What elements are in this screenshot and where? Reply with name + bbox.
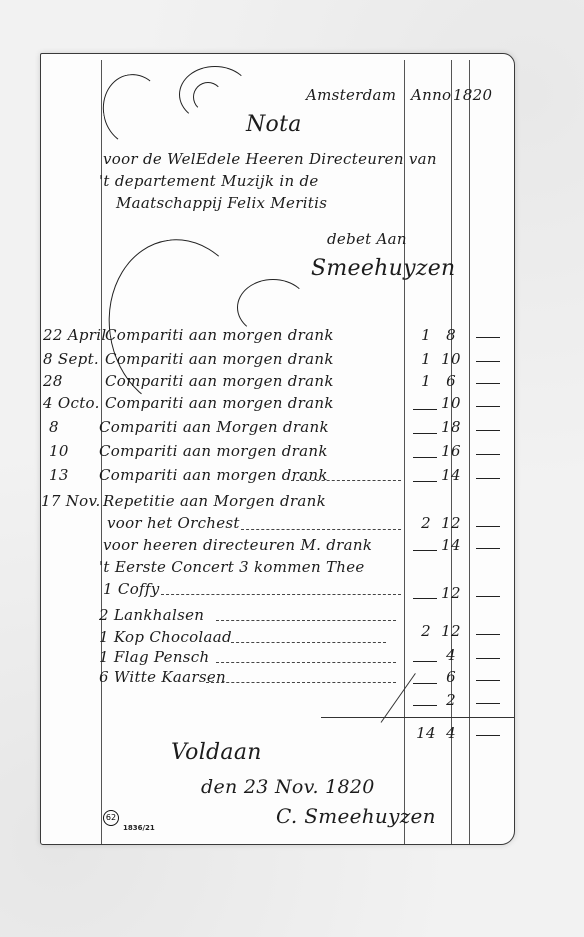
entry-penningen-dash (476, 548, 500, 549)
address-line-3: Maatschappij Felix Meritis (116, 194, 327, 212)
total-penningen-dash (476, 735, 500, 736)
entry-stuivers: 4 (436, 646, 466, 664)
debet-line: debet Aan (327, 230, 407, 248)
entry-date: 13 (49, 466, 69, 484)
entry-description: Compariti aan morgen drank (99, 466, 328, 484)
total-stuivers: 4 (436, 724, 466, 742)
entry-stuivers: 10 (436, 350, 466, 368)
entry-date: 10 (49, 442, 69, 460)
archive-stamp: 62 (103, 810, 119, 826)
entry-description: Compariti aan morgen drank (105, 394, 334, 412)
entry-description: 6 Witte Kaarsen (99, 668, 226, 686)
entry-date: 28 (43, 372, 63, 390)
entry-penningen-dash (476, 526, 500, 527)
year-text: 1820 (453, 86, 492, 104)
entry-guilders-dash (413, 550, 437, 551)
entry-description: 't Eerste Concert 3 kommen Thee (99, 558, 365, 576)
flourish-swash (97, 69, 171, 151)
entry-stuivers: 12 (436, 584, 466, 602)
entry-guilders-dash (413, 457, 437, 458)
entry-description: Compariti aan morgen drank (105, 350, 334, 368)
entry-penningen-dash (476, 361, 500, 362)
entry-stuivers: 14 (436, 536, 466, 554)
entry-guilders-dash (413, 598, 437, 599)
entry-penningen-dash (476, 703, 500, 704)
entry-guilders-dash (413, 433, 437, 434)
signature: C. Smeehuyzen (276, 804, 436, 828)
entry-stuivers: 6 (436, 372, 466, 390)
entry-penningen-dash (476, 383, 500, 384)
entry-description: 2 Lankhalsen (99, 606, 204, 624)
document-title: Nota (246, 112, 302, 137)
entry-description: Compariti aan morgen drank (99, 442, 328, 460)
leader-dots (216, 662, 396, 663)
entry-stuivers: 6 (436, 668, 466, 686)
leader-dots (161, 594, 401, 595)
entry-description: 1 Kop Chocolaad (99, 628, 232, 646)
voldaan-text: Voldaan (171, 740, 262, 765)
entry-penningen-dash (476, 454, 500, 455)
flourish-swash (98, 230, 263, 420)
entry-guilders-dash (413, 409, 437, 410)
entry-penningen-dash (476, 337, 500, 338)
entry-date: 4 Octo. (43, 394, 100, 412)
address-line-2: 't departement Muzijk in de (99, 172, 319, 190)
entry-date: 22 April (43, 326, 106, 344)
archive-reference: 1836/21 (123, 824, 155, 832)
leader-dots (206, 682, 396, 683)
entry-stuivers: 10 (436, 394, 466, 412)
entry-stuivers: 12 (436, 514, 466, 532)
flourish-swash (193, 82, 223, 112)
entry-guilders-dash (413, 661, 437, 662)
leader-dots (231, 642, 386, 643)
document-page: Amsterdam Anno 1820 Nota voor de WelEdel… (40, 53, 515, 845)
entry-stuivers: 2 (436, 691, 466, 709)
entry-penningen-dash (476, 634, 500, 635)
entry-date: 8 Sept. (43, 350, 99, 368)
entry-penningen-dash (476, 430, 500, 431)
entry-description: 1 Flag Pensch (99, 648, 209, 666)
entry-description: Compariti aan morgen drank (105, 326, 334, 344)
leader-dots (291, 480, 401, 481)
total-tick (381, 673, 416, 723)
anno-label: Anno (411, 86, 451, 104)
creditor-name: Smeehuyzen (311, 256, 456, 281)
entry-penningen-dash (476, 680, 500, 681)
entry-stuivers: 12 (436, 622, 466, 640)
entry-guilders-dash (413, 705, 437, 706)
entry-penningen-dash (476, 478, 500, 479)
entry-description: voor heeren directeuren M. drank (103, 536, 372, 554)
place-text: Amsterdam (306, 86, 396, 104)
guilders-column-rule (404, 60, 405, 844)
total-rule (321, 717, 514, 718)
entry-stuivers: 18 (436, 418, 466, 436)
entry-description: 1 Coffy (103, 580, 160, 598)
entry-description: Compariti aan Morgen drank (99, 418, 329, 436)
entry-date: 17 Nov. (41, 492, 101, 510)
entry-guilders-dash (413, 481, 437, 482)
entry-penningen-dash (476, 658, 500, 659)
entry-description: voor het Orchest (107, 514, 240, 532)
entry-stuivers: 16 (436, 442, 466, 460)
signed-date: den 23 Nov. 1820 (201, 776, 375, 798)
entry-guilders-dash (413, 683, 437, 684)
address-line-1: voor de WelEdele Heeren Directeuren van (103, 150, 437, 168)
entry-description: Repetitie aan Morgen drank (103, 492, 326, 510)
leader-dots (241, 529, 401, 530)
entry-stuivers: 8 (436, 326, 466, 344)
entry-description: Compariti aan morgen drank (105, 372, 334, 390)
entry-stuivers: 14 (436, 466, 466, 484)
entry-penningen-dash (476, 406, 500, 407)
entry-penningen-dash (476, 596, 500, 597)
leader-dots (216, 620, 396, 621)
entry-date: 8 (49, 418, 59, 436)
penningen-column-rule (469, 60, 470, 844)
